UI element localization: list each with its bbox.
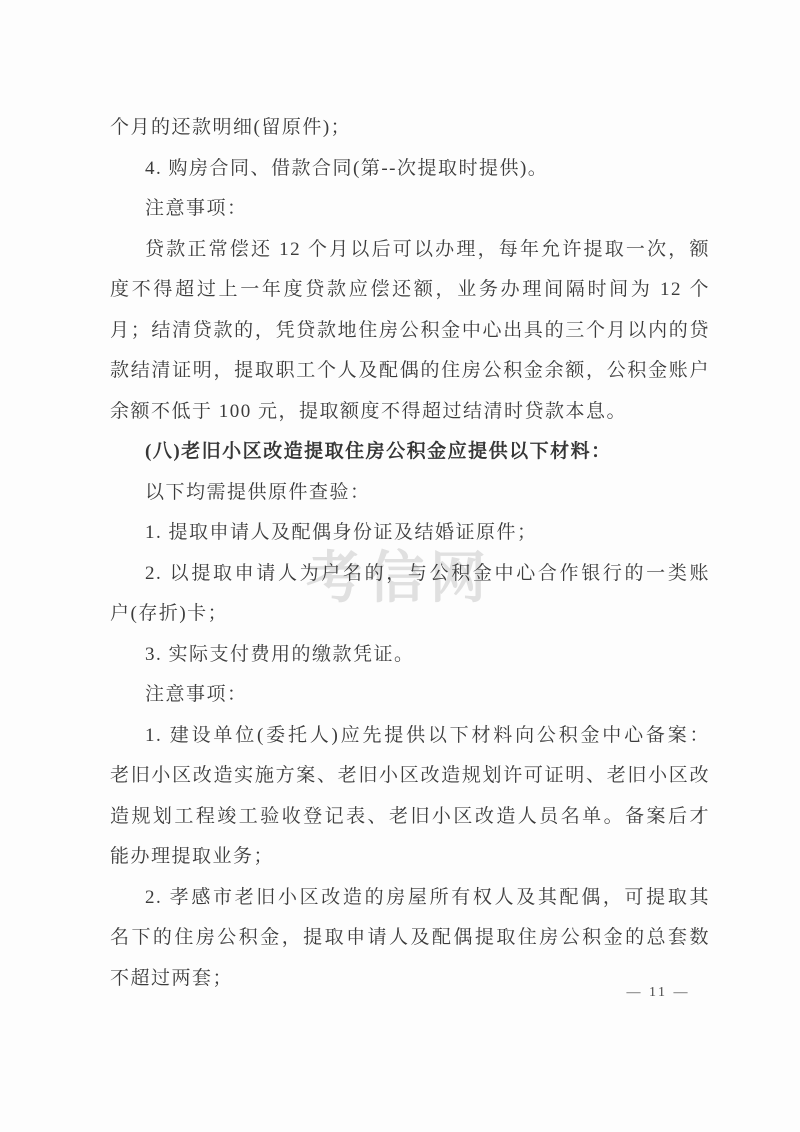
text-line: 注意事项： xyxy=(110,189,710,230)
text-line: 老旧小区改造实施方案、老旧小区改造规划许可证明、老旧小区改 xyxy=(110,756,710,797)
text-line: 度不得超过上一年度贷款应偿还额，业务办理间隔时间为 12 个 xyxy=(110,270,710,311)
text-line: 1. 建设单位(委托人)应先提供以下材料向公积金中心备案： xyxy=(110,716,710,757)
text-line: 注意事项： xyxy=(110,675,710,716)
text-line: 造规划工程竣工验收登记表、老旧小区改造人员名单。备案后才 xyxy=(110,797,710,838)
document-page: 考信网 个月的还款明细(留原件)； 4. 购房合同、借款合同(第--次提取时提供… xyxy=(0,0,800,1132)
text-line: 能办理提取业务； xyxy=(110,837,710,878)
text-line: 月；结清贷款的，凭贷款地住房公积金中心出具的三个月以内的贷 xyxy=(110,311,710,352)
section-heading: (八)老旧小区改造提取住房公积金应提供以下材料： xyxy=(110,432,710,473)
text-line: 2. 以提取申请人为户名的，与公积金中心合作银行的一类账 xyxy=(110,554,710,595)
text-line: 个月的还款明细(留原件)； xyxy=(110,108,710,149)
text-line: 不超过两套； xyxy=(110,959,710,1000)
text-line: 名下的住房公积金，提取申请人及配偶提取住房公积金的总套数 xyxy=(110,918,710,959)
text-line: 4. 购房合同、借款合同(第--次提取时提供)。 xyxy=(110,149,710,190)
text-line: 余额不低于 100 元，提取额度不得超过结清时贷款本息。 xyxy=(110,392,710,433)
text-line: 2. 孝感市老旧小区改造的房屋所有权人及其配偶，可提取其 xyxy=(110,878,710,919)
text-line: 1. 提取申请人及配偶身份证及结婚证原件； xyxy=(110,513,710,554)
document-text-block: 个月的还款明细(留原件)； 4. 购房合同、借款合同(第--次提取时提供)。 注… xyxy=(110,108,710,999)
text-line: 款结清证明，提取职工个人及配偶的住房公积金余额，公积金账户 xyxy=(110,351,710,392)
text-line: 户(存折)卡； xyxy=(110,594,710,635)
text-line: 贷款正常偿还 12 个月以后可以办理，每年允许提取一次，额 xyxy=(110,230,710,271)
text-line: 3. 实际支付费用的缴款凭证。 xyxy=(110,635,710,676)
text-line: 以下均需提供原件查验： xyxy=(110,473,710,514)
